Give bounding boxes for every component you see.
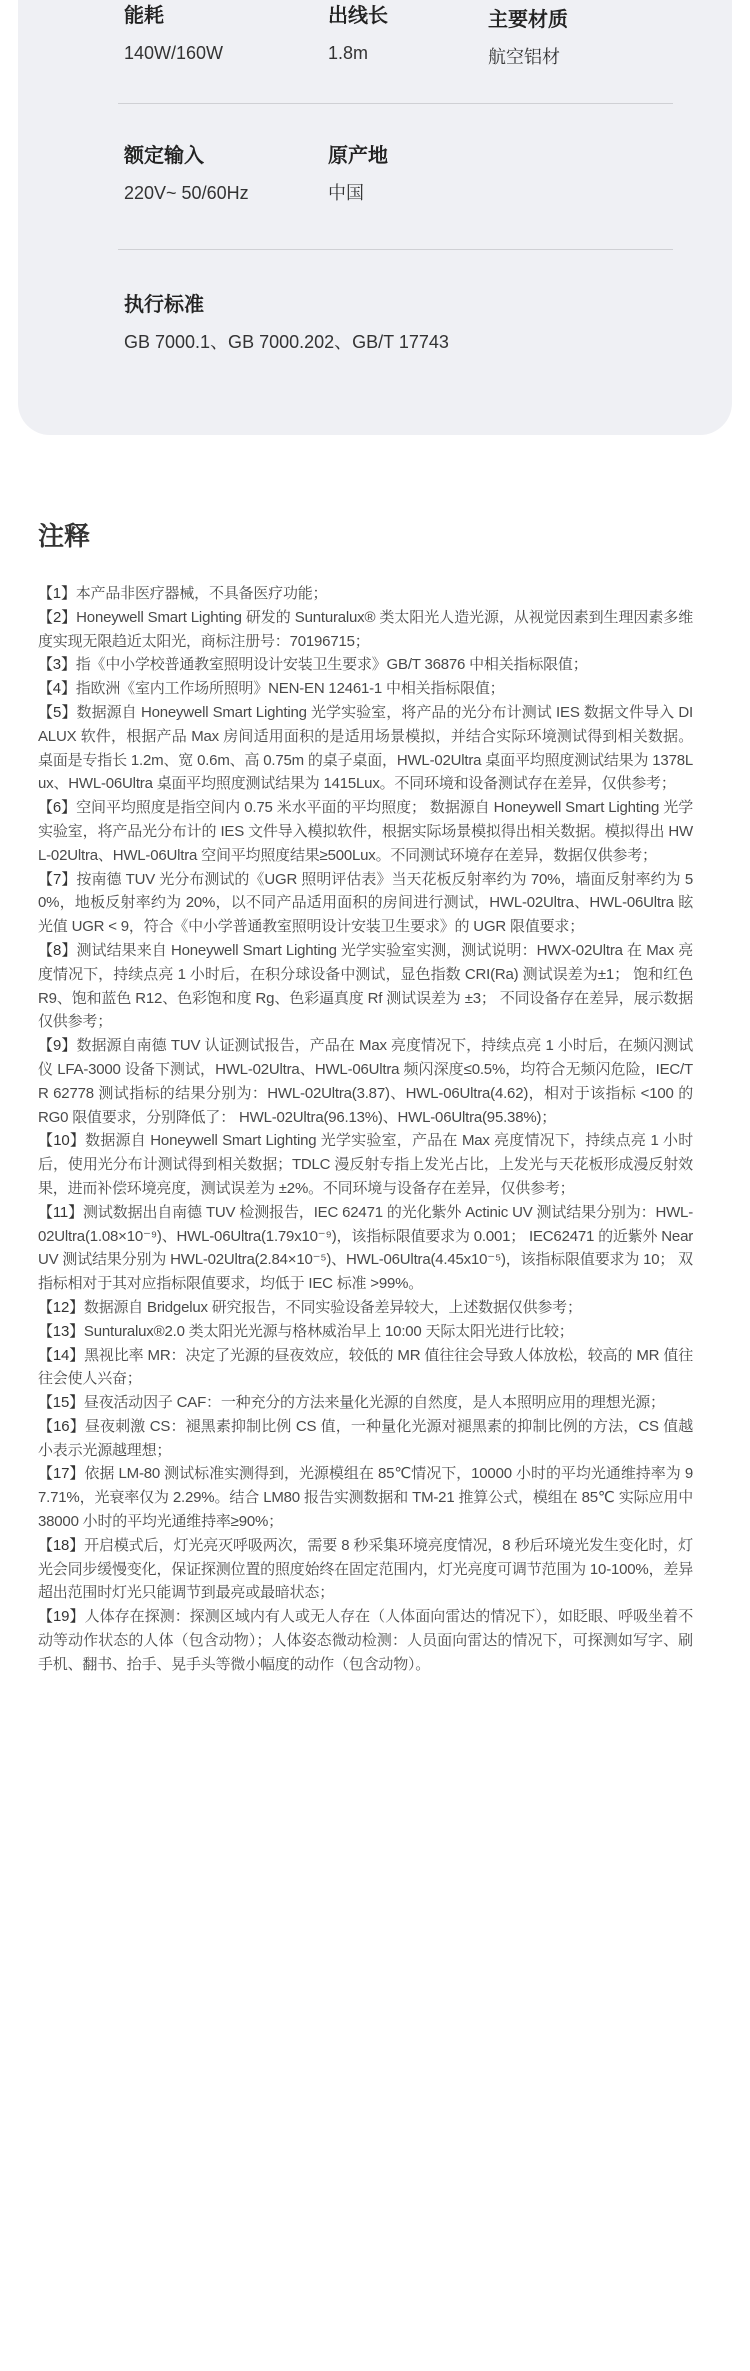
note-number: 【9】 <box>38 1037 76 1054</box>
notes-title: 注释 <box>38 518 90 554</box>
spec-standard: 执行标准 GB 7000.1、GB 7000.202、GB/T 17743 <box>124 291 449 355</box>
note-text: 空间平均照度是指空间内 0.75 米水平面的平均照度； 数据源自 Honeywe… <box>38 799 693 864</box>
note-number: 【14】 <box>38 1347 84 1364</box>
spec-cable-length: 出线长 1.8m <box>328 2 388 66</box>
note-text: 依据 LM-80 测试标准实测得到，光源模组在 85℃情况下，10000 小时的… <box>38 1465 693 1530</box>
note-text: 昼夜刺激 CS：褪黑素抑制比例 CS 值，一种量化光源对褪黑素的抑制比例的方法，… <box>38 1418 693 1459</box>
note-number: 【8】 <box>38 942 77 959</box>
note-number: 【15】 <box>38 1394 84 1411</box>
note-text: 按南德 TUV 光分布测试的《UGR 照明评估表》当天花板反射率约为 70%，墙… <box>38 871 693 936</box>
note-number: 【12】 <box>38 1299 84 1316</box>
note-number: 【3】 <box>38 656 76 673</box>
note-number: 【10】 <box>38 1132 85 1149</box>
note-text: 昼夜活动因子 CAF：一种充分的方法来量化光源的自然度，是人本照明应用的理想光源… <box>84 1394 665 1411</box>
note-text: 测试数据出自南德 TUV 检测报告，IEC 62471 的光化紫外 Actini… <box>38 1204 693 1292</box>
note-text: Honeywell Smart Lighting 研发的 Sunturalux®… <box>38 609 693 650</box>
divider <box>118 103 673 104</box>
spec-value: 航空铝材 <box>488 44 568 70</box>
note-item: 【9】数据源自南德 TUV 认证测试报告，产品在 Max 亮度情况下，持续点亮 … <box>38 1034 693 1129</box>
spec-label: 执行标准 <box>124 291 449 319</box>
note-item: 【7】按南德 TUV 光分布测试的《UGR 照明评估表》当天花板反射率约为 70… <box>38 868 693 939</box>
spec-row-1: 能耗 140W/160W 出线长 1.8m 主要材质 航空铝材 <box>124 2 664 102</box>
note-item: 【10】数据源自 Honeywell Smart Lighting 光学实验室，… <box>38 1129 693 1200</box>
note-item: 【5】数据源自 Honeywell Smart Lighting 光学实验室，将… <box>38 701 693 796</box>
spec-origin: 原产地 中国 <box>328 142 388 206</box>
note-text: 测试结果来自 Honeywell Smart Lighting 光学实验室实测，… <box>38 942 693 1030</box>
divider <box>118 249 673 250</box>
note-text: 数据源自 Honeywell Smart Lighting 光学实验室，产品在 … <box>38 1132 693 1197</box>
spec-label: 主要材质 <box>488 6 568 34</box>
note-text: 黑视比率 MR：决定了光源的昼夜效应，较低的 MR 值往往会导致人体放松，较高的… <box>38 1347 693 1388</box>
note-number: 【1】 <box>38 585 76 602</box>
spec-value: GB 7000.1、GB 7000.202、GB/T 17743 <box>124 329 449 355</box>
note-text: 数据源自 Honeywell Smart Lighting 光学实验室，将产品的… <box>38 704 693 792</box>
note-item: 【3】指《中小学校普通教室照明设计安装卫生要求》GB/T 36876 中相关指标… <box>38 653 693 677</box>
spec-material: 主要材质 航空铝材 <box>488 6 568 70</box>
notes-list: 【1】本产品非医疗器械，不具备医疗功能； 【2】Honeywell Smart … <box>38 582 693 1677</box>
note-text: 指欧洲《室内工作场所照明》NEN-EN 12461-1 中相关指标限值； <box>76 680 505 697</box>
note-item: 【14】黑视比率 MR：决定了光源的昼夜效应，较低的 MR 值往往会导致人体放松… <box>38 1344 693 1392</box>
note-item: 【19】人体存在探测：探测区域内有人或无人存在（人体面向雷达的情况下），如眨眼、… <box>38 1605 693 1676</box>
note-text: 数据源自 Bridgelux 研究报告，不同实验设备差异较大，上述数据仅供参考； <box>84 1299 582 1316</box>
note-number: 【4】 <box>38 680 76 697</box>
spec-value: 220V~ 50/60Hz <box>124 180 249 206</box>
note-text: Sunturalux®2.0 类太阳光光源与格林威治早上 10:00 天际太阳光… <box>84 1323 574 1340</box>
note-text: 数据源自南德 TUV 认证测试报告，产品在 Max 亮度情况下，持续点亮 1 小… <box>38 1037 693 1125</box>
spec-label: 出线长 <box>328 2 388 30</box>
spec-value: 140W/160W <box>124 40 223 66</box>
note-number: 【5】 <box>38 704 77 721</box>
spec-card: 能耗 140W/160W 出线长 1.8m 主要材质 航空铝材 额定输入 220… <box>18 0 732 435</box>
note-number: 【19】 <box>38 1608 85 1625</box>
note-item: 【12】数据源自 Bridgelux 研究报告，不同实验设备差异较大，上述数据仅… <box>38 1296 693 1320</box>
spec-label: 额定输入 <box>124 142 249 170</box>
note-number: 【11】 <box>38 1204 83 1221</box>
note-number: 【17】 <box>38 1465 84 1482</box>
note-text: 开启模式后，灯光亮灭呼吸两次，需要 8 秒采集环境亮度情况，8 秒后环境光发生变… <box>38 1537 693 1602</box>
note-number: 【2】 <box>38 609 76 626</box>
note-item: 【13】Sunturalux®2.0 类太阳光光源与格林威治早上 10:00 天… <box>38 1320 693 1344</box>
spec-row-3: 执行标准 GB 7000.1、GB 7000.202、GB/T 17743 <box>124 291 664 391</box>
note-number: 【13】 <box>38 1323 84 1340</box>
note-item: 【4】指欧洲《室内工作场所照明》NEN-EN 12461-1 中相关指标限值； <box>38 677 693 701</box>
note-item: 【6】空间平均照度是指空间内 0.75 米水平面的平均照度； 数据源自 Hone… <box>38 796 693 867</box>
note-text: 人体存在探测：探测区域内有人或无人存在（人体面向雷达的情况下），如眨眼、呼吸坐着… <box>38 1608 693 1673</box>
note-number: 【18】 <box>38 1537 84 1554</box>
note-item: 【15】昼夜活动因子 CAF：一种充分的方法来量化光源的自然度，是人本照明应用的… <box>38 1391 693 1415</box>
spec-label: 能耗 <box>124 2 223 30</box>
note-number: 【16】 <box>38 1418 85 1435</box>
note-item: 【17】依据 LM-80 测试标准实测得到，光源模组在 85℃情况下，10000… <box>38 1462 693 1533</box>
spec-label: 原产地 <box>328 142 388 170</box>
note-text: 指《中小学校普通教室照明设计安装卫生要求》GB/T 36876 中相关指标限值； <box>76 656 588 673</box>
spec-rated-input: 额定输入 220V~ 50/60Hz <box>124 142 249 206</box>
note-item: 【2】Honeywell Smart Lighting 研发的 Suntural… <box>38 606 693 654</box>
note-number: 【6】 <box>38 799 76 816</box>
note-item: 【8】测试结果来自 Honeywell Smart Lighting 光学实验室… <box>38 939 693 1034</box>
note-item: 【11】测试数据出自南德 TUV 检测报告，IEC 62471 的光化紫外 Ac… <box>38 1201 693 1296</box>
spec-value: 1.8m <box>328 40 388 66</box>
spec-value: 中国 <box>328 180 388 206</box>
spec-power: 能耗 140W/160W <box>124 2 223 66</box>
note-text: 本产品非医疗器械，不具备医疗功能； <box>76 585 328 602</box>
spec-row-2: 额定输入 220V~ 50/60Hz 原产地 中国 <box>124 142 664 242</box>
note-item: 【1】本产品非医疗器械，不具备医疗功能； <box>38 582 693 606</box>
note-item: 【18】开启模式后，灯光亮灭呼吸两次，需要 8 秒采集环境亮度情况，8 秒后环境… <box>38 1534 693 1605</box>
note-item: 【16】昼夜刺激 CS：褪黑素抑制比例 CS 值，一种量化光源对褪黑素的抑制比例… <box>38 1415 693 1463</box>
note-number: 【7】 <box>38 871 76 888</box>
